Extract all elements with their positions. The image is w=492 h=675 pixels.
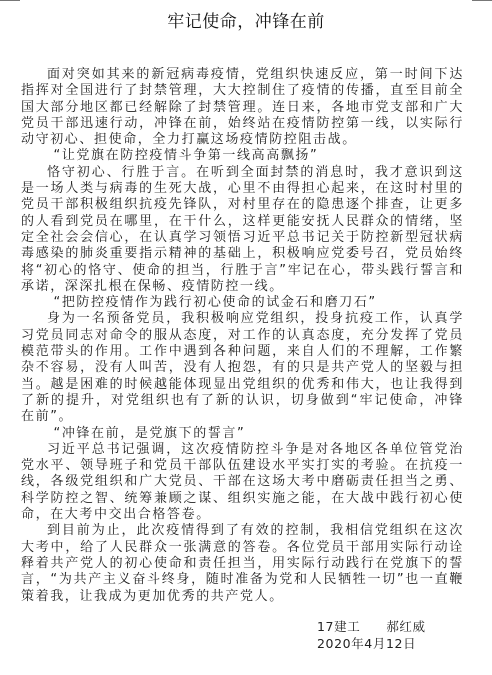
section-heading-1: “让党旗在防控疫情斗争第一线高高飘扬”	[21, 148, 464, 164]
paragraph-conclusion: 到目前为止，此次疫情得到了有效的控制，我相信党组织在这次大考中，给了人民群众一张…	[21, 523, 464, 604]
document-title: 牢记使命，冲锋在前	[0, 10, 492, 34]
paragraph-intro: 面对突如其来的新冠病毒疫情，党组织快速反应，第一时间下达指挥对全国进行了封禁管理…	[21, 67, 464, 148]
paragraph-section-2: 身为一名预备党员，我积极响应党组织，投身抗疫工作，认真学习党员同志对命令的服从态…	[21, 311, 464, 425]
paragraph-section-3: 习近平总书记强调，这次疫情防控斗争是对各地区各单位管党治党水平、领导班子和党员干…	[21, 442, 464, 523]
signature-class: 17建工	[317, 619, 360, 634]
signature-author: 郝红威	[386, 619, 425, 634]
section-heading-3: “冲锋在前，是党旗下的誓言”	[21, 426, 464, 442]
document-body: 面对突如其来的新冠病毒疫情，党组织快速反应，第一时间下达指挥对全国进行了封禁管理…	[21, 67, 464, 605]
paragraph-section-1: 恪守初心、行胜于言。在听到全面封禁的消息时，我才意识到这是一场人类与病毒的生死大…	[21, 165, 464, 295]
crop-mark-top-left	[0, 0, 20, 1]
section-heading-2: “把防控疫情作为践行初心使命的试金石和磨刀石”	[21, 295, 464, 311]
crop-mark-top-right	[472, 0, 492, 1]
signature-line: 17建工郝红威	[317, 617, 426, 635]
signature-date: 2020年4月12日	[317, 634, 416, 652]
